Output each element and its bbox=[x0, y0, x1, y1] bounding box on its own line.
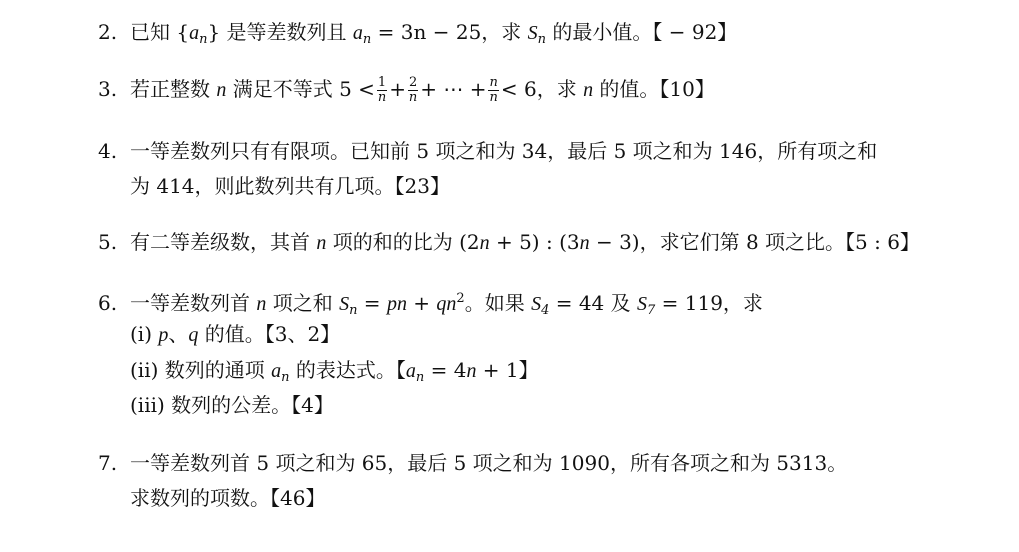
problem-text: 一等差数列首 n 项之和 Sn = pn + qn2。如果 S4 = 44 及 … bbox=[130, 291, 763, 315]
problem-6-part-i: (i) p、q 的值。【3、2】 bbox=[130, 322, 340, 347]
problem-text: (iii) 数列的公差。【4】 bbox=[130, 393, 334, 417]
problem-4: 4.一等差数列只有有限项。已知前 5 项之和为 34，最后 5 项之和为 146… bbox=[98, 139, 877, 163]
problem-number: 3. bbox=[98, 77, 130, 101]
problem-6-part-ii: (ii) 数列的通项 an 的表达式。【an = 4n + 1】 bbox=[130, 358, 539, 390]
problem-text: 求数列的项数。【46】 bbox=[130, 486, 325, 510]
problem-text: 为 414，则此数列共有几项。【23】 bbox=[130, 174, 450, 198]
problem-number: 2. bbox=[98, 20, 130, 44]
problem-text: 若正整数 n 满足不等式 5 <1n+2n+ ⋯ +nn< 6，求 n 的值。【… bbox=[130, 77, 715, 101]
problem-2: 2.已知 {an} 是等差数列且 an = 3n − 25，求 Sn 的最小值。… bbox=[98, 20, 737, 52]
problem-number: 7. bbox=[98, 451, 130, 475]
problem-number: 6. bbox=[98, 291, 130, 315]
problem-6-part-iii: (iii) 数列的公差。【4】 bbox=[130, 393, 334, 417]
problem-number: 5. bbox=[98, 230, 130, 254]
problem-6: 6.一等差数列首 n 项之和 Sn = pn + qn2。如果 S4 = 44 … bbox=[98, 287, 763, 323]
problem-5: 5.有二等差级数，其首 n 项的和的比为 (2n + 5) : (3n − 3)… bbox=[98, 230, 920, 255]
fraction: nn bbox=[488, 76, 498, 105]
problem-number: 4. bbox=[98, 139, 130, 163]
problem-text: 一等差数列只有有限项。已知前 5 项之和为 34，最后 5 项之和为 146，所… bbox=[130, 139, 877, 163]
fraction: 2n bbox=[408, 76, 418, 105]
problem-3: 3.若正整数 n 满足不等式 5 <1n+2n+ ⋯ +nn< 6，求 n 的值… bbox=[98, 76, 715, 105]
problem-4-cont: 为 414，则此数列共有几项。【23】 bbox=[130, 174, 450, 198]
problem-7-cont: 求数列的项数。【46】 bbox=[130, 486, 325, 510]
problem-text: 已知 {an} 是等差数列且 an = 3n − 25，求 Sn 的最小值。【 … bbox=[130, 20, 737, 44]
problem-text: 有二等差级数，其首 n 项的和的比为 (2n + 5) : (3n − 3)，求… bbox=[130, 230, 920, 254]
fraction: 1n bbox=[377, 76, 387, 105]
problem-text: (i) p、q 的值。【3、2】 bbox=[130, 322, 340, 346]
problem-7: 7.一等差数列首 5 项之和为 65，最后 5 项之和为 1090，所有各项之和… bbox=[98, 451, 847, 475]
problem-text: 一等差数列首 5 项之和为 65，最后 5 项之和为 1090，所有各项之和为 … bbox=[130, 451, 847, 475]
problem-text: (ii) 数列的通项 an 的表达式。【an = 4n + 1】 bbox=[130, 358, 539, 382]
